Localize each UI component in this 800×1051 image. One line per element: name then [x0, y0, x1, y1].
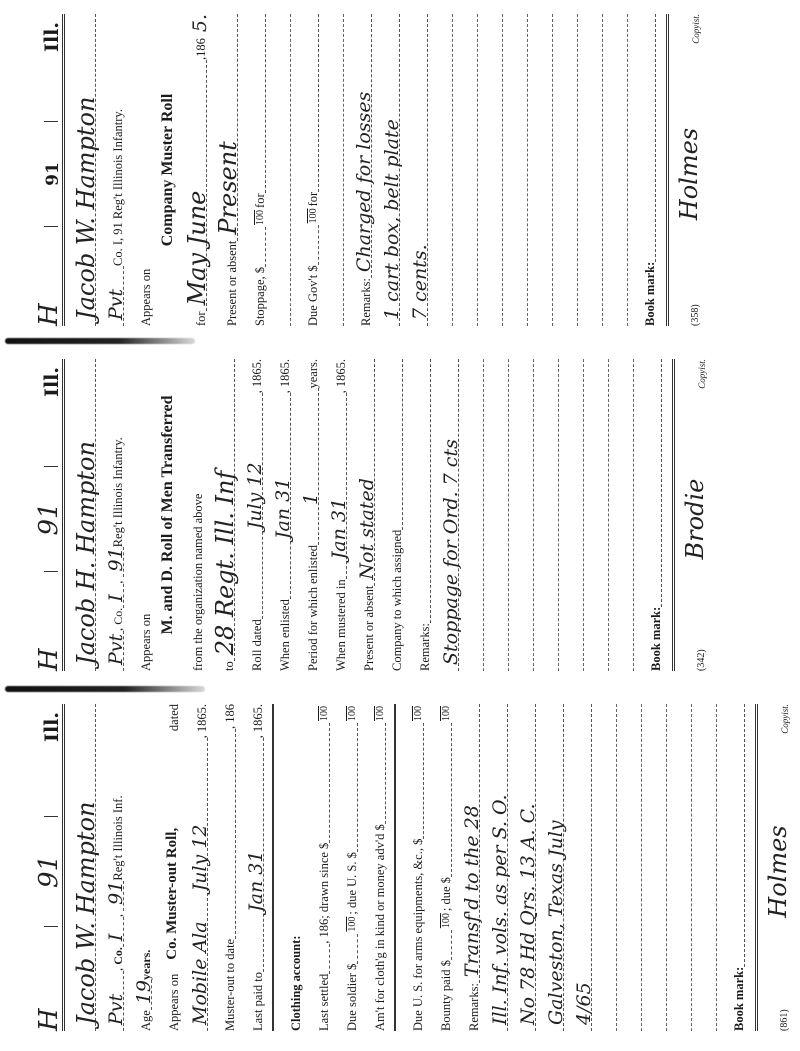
remark-line: 7 cents. — [409, 244, 431, 326]
divider — [44, 571, 58, 572]
stoppage-for: for — [254, 193, 267, 208]
form-number: (342) — [697, 649, 707, 671]
company-prefix: Co. — [112, 608, 124, 625]
appears-on-label: Appears on — [140, 614, 153, 671]
enlisted-label: When enlisted — [279, 599, 292, 671]
surname-initial: H — [36, 233, 62, 326]
surname-initial: H — [36, 578, 62, 671]
remark-line: 1 cart box, belt plate — [381, 119, 403, 326]
rank: Pvt — [105, 634, 127, 671]
hundredths: 100 — [348, 915, 358, 934]
period-label: Period for which enlisted — [307, 545, 320, 671]
roll-dated-label: Roll dated — [251, 619, 264, 671]
due-soldier-label: Due soldier $ — [346, 964, 359, 1031]
card-company-muster-roll: H 91 Ill. Jacob W. Hampton Pvt Co. I, 91… — [0, 0, 800, 345]
card-muster-out-roll: H 91 Ill. Jacob W. Hampton Pvt , Co. I ,… — [0, 690, 800, 1051]
hundredths: 100 — [376, 704, 386, 723]
soldier-name: Jacob H. Hampton — [72, 441, 100, 671]
divider — [44, 926, 58, 927]
period-value: 1 — [300, 493, 322, 545]
amt-clothing-label: Am't for cloth'g in kind or money adv'd … — [374, 824, 387, 1031]
due-gov-for: for — [307, 192, 320, 207]
muster-out-label: Muster-out to date — [224, 939, 237, 1031]
bounty-paid-label: Bounty paid $ — [440, 960, 453, 1031]
hundredths: 100 — [442, 911, 452, 930]
age-unit: years. — [140, 950, 152, 980]
roll-dated-value: July 12 — [244, 462, 266, 619]
from-line: from the organization named above — [192, 494, 205, 671]
to-label: to — [223, 661, 236, 671]
place-value: Mobile Ala — [189, 921, 211, 1031]
roll-title: Company Muster Roll — [160, 14, 176, 326]
copyist-signature: Brodie — [683, 479, 707, 560]
hundredths: 100 — [320, 704, 330, 723]
last-paid-value: Jan 31 — [245, 851, 267, 972]
remarks-label: Remarks: — [360, 278, 373, 326]
company-letter: I — [105, 934, 127, 948]
copyist-signature: Holmes — [677, 128, 701, 220]
hundredths: 100 — [256, 208, 266, 227]
remarks-label: Remarks: — [419, 623, 432, 671]
present-absent-label: Present or absent — [363, 586, 376, 671]
state-abbrev: Ill. — [43, 14, 62, 115]
year-prefix: 186 — [195, 38, 208, 57]
scan-smear — [5, 338, 195, 344]
regiment-number: 91 — [36, 823, 62, 921]
remarks-label: Remarks: — [468, 983, 481, 1031]
bounty-due-label: ; due $ — [440, 877, 453, 911]
year: 1865. — [335, 359, 348, 387]
remark-line: No 78 Hd Qrs. 13 A. C. — [517, 804, 539, 1032]
company-letter: I — [105, 594, 127, 608]
enlisted-value: Jan 31 — [272, 478, 294, 599]
copyist-label: Copyist. — [698, 359, 707, 389]
remark-line: 4/65 — [573, 982, 595, 1031]
rank: Pvt — [105, 994, 127, 1031]
company-line: Co. I, 91 Reg't Illinois Infantry. — [112, 109, 125, 266]
hundredths: 100 — [309, 206, 319, 225]
stoppage-label: Stoppage, $ — [254, 267, 267, 326]
copyist-signature: Holmes — [766, 825, 790, 917]
regiment: 91 — [105, 881, 127, 911]
state-abbrev: Ill. — [43, 704, 62, 810]
hundredths: 100 — [348, 704, 358, 723]
copyist-label: Copyist. — [692, 14, 701, 44]
drawn-since-label: ; drawn since $ — [318, 843, 331, 919]
muster-out-year: 186 — [224, 704, 237, 723]
regiment: 91 — [105, 547, 127, 577]
appears-on-label: Appears on — [168, 974, 181, 1031]
roll-title: M. and D. Roll of Men Transferred — [160, 359, 176, 671]
divider — [44, 226, 58, 227]
last-settled-label: Last settled — [318, 974, 331, 1031]
dated-value: July 12 — [189, 824, 211, 921]
appears-on-label: Appears on — [140, 269, 153, 326]
due-us-label: ; due U. S. $ — [346, 852, 359, 915]
form-number: (358) — [691, 304, 701, 326]
remark-line: Transf'd to the 28 — [461, 805, 483, 983]
hundredths: 100 — [442, 704, 452, 723]
surname-initial: H — [36, 933, 62, 1031]
for-label: for — [195, 311, 208, 326]
mustered-label: When mustered in — [335, 579, 348, 671]
regiment-suffix: Reg't Illinois Inf. — [112, 795, 125, 880]
mustered-value: Jan 31 — [328, 498, 350, 579]
book-mark-label: Book mark: — [733, 967, 746, 1031]
regiment-suffix: Reg't Illinois Infantry. — [112, 437, 125, 547]
last-paid-label: Last paid to — [252, 972, 265, 1031]
present-absent-value: Present — [214, 141, 242, 240]
soldier-name: Jacob W. Hampton — [72, 97, 100, 326]
due-us-arms-label: Due U. S. for arms equipments, &c., $ — [412, 839, 425, 1031]
regiment-number: 91 — [45, 128, 62, 221]
year: 1865. — [251, 359, 264, 387]
age-label: Age — [140, 1010, 153, 1031]
dated-label: dated — [168, 704, 181, 731]
last-settled-year: 186 — [318, 919, 331, 938]
remark-line: Stoppage for Ord. 7 cts — [440, 439, 462, 671]
year: 1865. — [196, 704, 209, 732]
present-absent-label: Present or absent — [226, 241, 239, 326]
card-header: H 91 Ill. — [22, 14, 65, 326]
period-unit: years. — [307, 359, 320, 389]
remark-line: Ill. Inf. vols. as per S. O. — [489, 794, 511, 1031]
company-prefix: Co. — [112, 947, 124, 965]
soldier-name: Jacob W. Hampton — [72, 802, 100, 1031]
card-md-roll-transferred: H 91 Ill. Jacob H. Hampton Pvt , Co. I ,… — [0, 345, 800, 690]
remark-line: Galveston, Texas July — [545, 820, 567, 1031]
copyist-label: Copyist. — [781, 704, 790, 734]
book-mark-label: Book mark: — [644, 262, 657, 326]
scan-smear — [5, 686, 205, 692]
divider — [44, 816, 58, 817]
year: 1865. — [252, 704, 265, 732]
year-suffix: 5. — [191, 14, 210, 38]
divider — [44, 466, 58, 467]
present-absent-value: Not stated — [356, 478, 378, 586]
card-header: H 91 Ill. — [22, 359, 65, 671]
remark-line: Charged for losses — [353, 92, 375, 278]
regiment-number: 91 — [36, 473, 62, 566]
year: 1865. — [279, 359, 292, 387]
divider — [44, 121, 58, 122]
roll-title: Co. Muster-out Roll, — [165, 828, 180, 960]
company-assigned-label: Company to which assigned — [391, 530, 404, 671]
rank: Pvt — [105, 289, 127, 326]
form-number: (861) — [780, 1009, 790, 1031]
hundredths: 100 — [414, 704, 424, 723]
clothing-account-label: Clothing account: — [290, 936, 303, 1032]
to-value: 28 Regt. Ill. Inf — [211, 471, 239, 662]
for-value: May June — [183, 191, 211, 312]
state-abbrev: Ill. — [43, 359, 62, 460]
card-header: H 91 Ill. — [22, 704, 65, 1031]
book-mark-label: Book mark: — [650, 607, 663, 671]
due-gov-label: Due Gov't $ — [307, 265, 320, 326]
age-value: 19 — [133, 980, 155, 1010]
